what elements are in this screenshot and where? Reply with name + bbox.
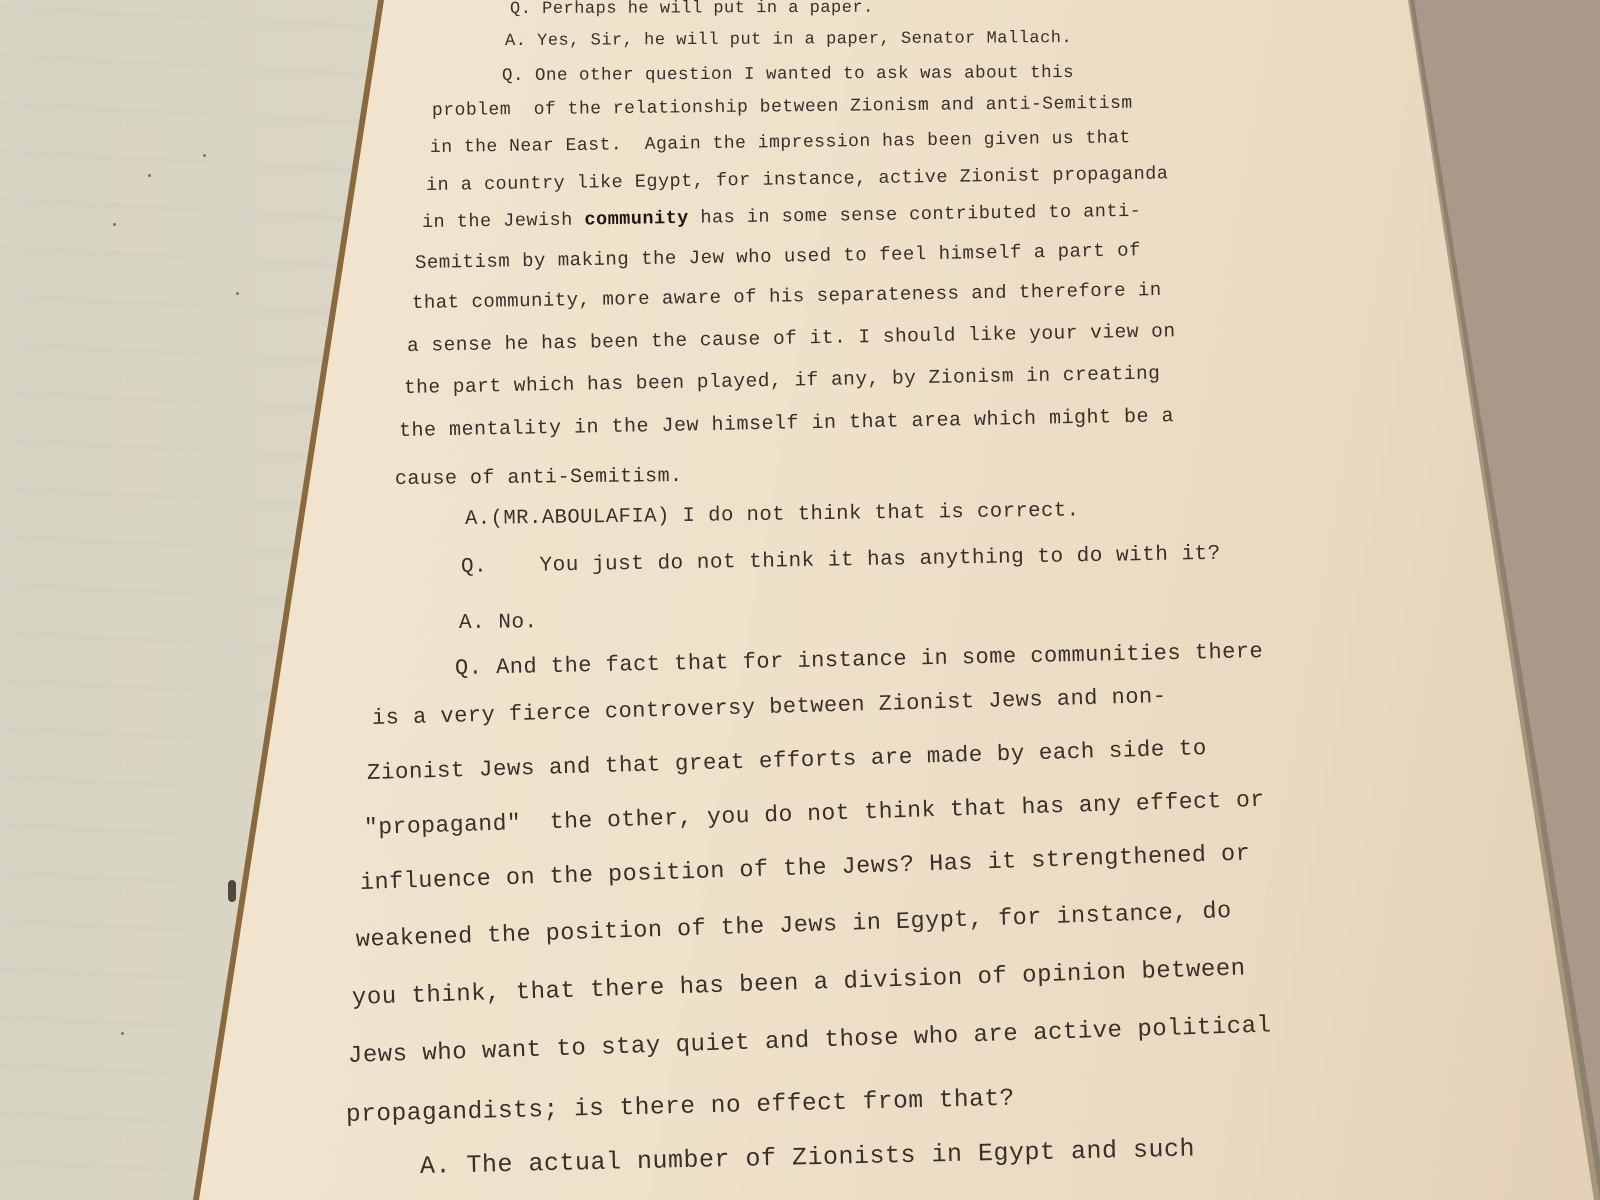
transcript-line: A.(MR.ABOULAFIA) I do not think that is …: [465, 499, 1080, 531]
photo-scene: Q. Perhaps he will put in a paper. A. Ye…: [0, 0, 1600, 1200]
transcript-line: the mentality in the Jew himself in that…: [399, 405, 1174, 443]
overstruck-word: community: [584, 208, 689, 231]
transcript-line: Zionist Jews and that great efforts are …: [367, 735, 1208, 786]
transcript-line: a sense he has been the cause of it. I s…: [407, 320, 1176, 357]
transcript-line: in the Jewish community has in some sens…: [422, 201, 1142, 233]
transcript-line: influence on the position of the Jews? H…: [360, 840, 1251, 897]
transcript-line: in the Near East. Again the impression h…: [430, 128, 1131, 158]
transcript-line: Q. One other question I wanted to ask wa…: [502, 63, 1074, 86]
line-text: in the Jewish: [422, 209, 585, 233]
transcript-line: cause of anti-Semitism.: [395, 465, 683, 491]
transcript-line: Q. You just do not think it has anything…: [461, 543, 1221, 579]
transcript-line: "propagand" the other, you do not think …: [364, 787, 1265, 841]
transcript-line: you think, that there has been a divisio…: [352, 955, 1247, 1012]
transcript-line: A. Yes, Sir, he will put in a paper, Sen…: [505, 29, 1072, 51]
transcript-line: A. The actual number of Zionists in Egyp…: [420, 1134, 1196, 1181]
transcript-line: A. No.: [459, 611, 538, 635]
line-text: has in some sense contributed to anti-: [689, 201, 1142, 229]
transcript-line: propagandists; is there no effect from t…: [346, 1086, 1015, 1129]
transcript-line: Semitism by making the Jew who used to f…: [415, 239, 1141, 274]
transcript-line: problem of the relationship between Zion…: [432, 94, 1133, 121]
transcript-line: is a very fierce controversy between Zio…: [372, 684, 1167, 731]
transcript-line: Jews who want to stay quiet and those wh…: [348, 1012, 1272, 1070]
transcript-line: the part which has been played, if any, …: [404, 362, 1161, 399]
transcript-line: Q. Perhaps he will put in a paper.: [510, 0, 874, 19]
transcript-line: weakened the position of the Jews in Egy…: [356, 898, 1233, 954]
typed-text: Q. Perhaps he will put in a paper. A. Ye…: [0, 0, 1600, 1200]
transcript-line: in a country like Egypt, for instance, a…: [426, 163, 1169, 196]
transcript-line: Q. And the fact that for instance in som…: [455, 639, 1264, 681]
transcript-line: that community, more aware of his separa…: [412, 279, 1162, 314]
